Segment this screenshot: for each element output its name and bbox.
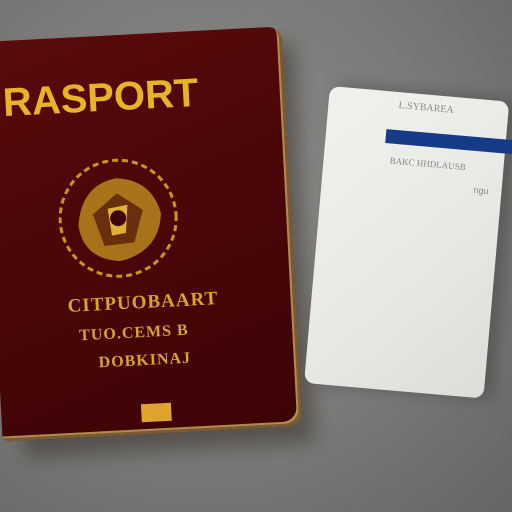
passport: RASPORT CITPUOBAART TUO.CEMS B DOBKINAJ xyxy=(0,26,302,441)
card-stripe xyxy=(385,129,512,156)
card-small-text: ngu xyxy=(473,185,489,196)
emblem-icon xyxy=(50,150,187,287)
passport-line-2: TUO.CEMS B xyxy=(79,320,220,345)
card-line: BAKC HHDLAUSB xyxy=(389,156,466,173)
passport-text-block: CITPUOBAART TUO.CEMS B DOBKINAJ xyxy=(67,288,222,384)
card-header: L.SYBAREA xyxy=(398,100,454,116)
passport-title: RASPORT xyxy=(2,71,200,126)
passport-chip-icon xyxy=(141,403,172,423)
id-card: L.SYBAREA BAKC HHDLAUSB ngu xyxy=(304,86,509,399)
passport-line-3: DOBKINAJ xyxy=(98,348,222,372)
passport-line-1: CITPUOBAART xyxy=(67,288,219,318)
